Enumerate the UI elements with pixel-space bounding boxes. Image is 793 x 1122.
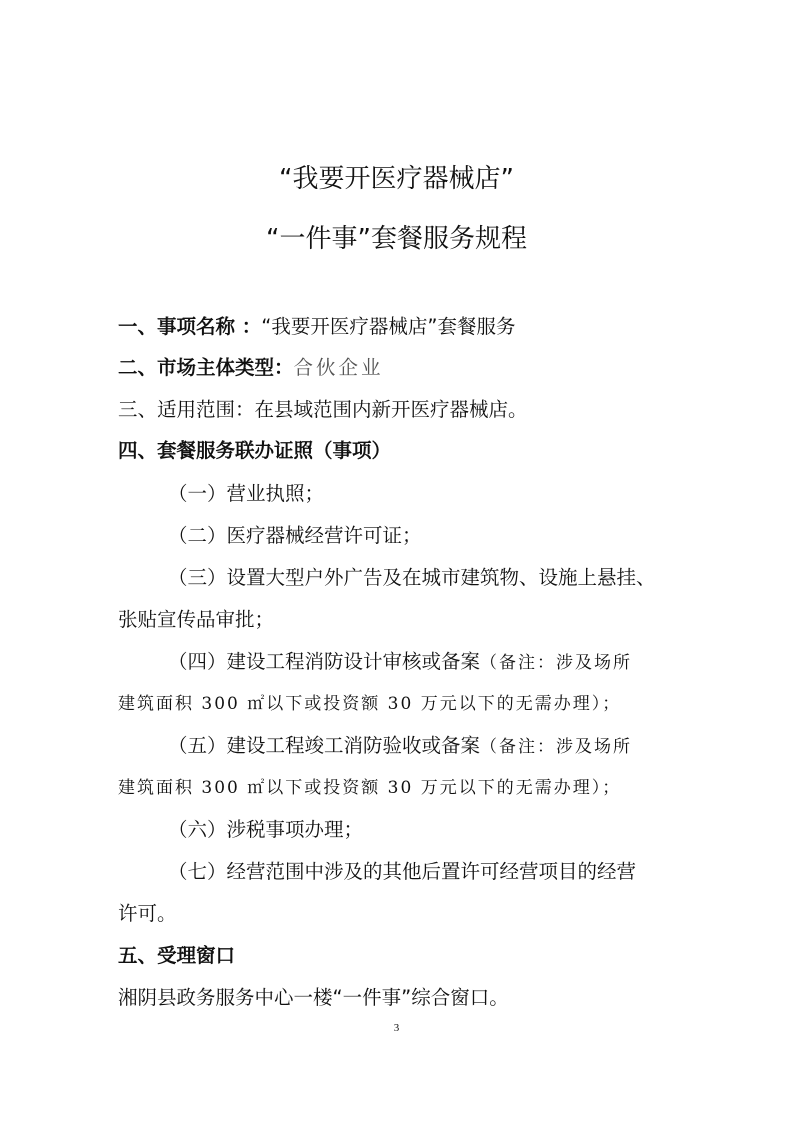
section-1: 一、事项名称 ：“我要开医疗器械店”套餐服务 [118,315,516,339]
section-3: 三、适用范围：在县域范围内新开医疗器械店。 [118,398,528,422]
item-4-continuation: 建筑面积 300 ㎡以下或投资额 30 万元以下的无需办理）； [118,692,621,716]
section-5-value: 湘阴县政务服务中心一楼“一件事”综合窗口。 [118,986,509,1010]
document-title-line-2: “一件事”套餐服务规程 [0,218,793,255]
item-5-note: （备注：涉及场所 [480,737,632,757]
section-3-label: 三、适用范围： [118,398,255,421]
item-5-continuation: 建筑面积 300 ㎡以下或投资额 30 万元以下的无需办理）； [118,776,621,800]
section-2-label: 二、市场主体类型： [118,356,294,379]
item-7-continuation: 许可。 [118,902,177,926]
section-1-label: 一、事项名称 ： [118,315,261,338]
section-4-heading: 四、套餐服务联办证照（事项） [118,439,391,463]
page-number: 3 [0,1022,793,1034]
section-2-value: 合伙企业 [294,356,384,379]
section-1-value: “我要开医疗器械店”套餐服务 [261,315,515,338]
item-4: （四）建设工程消防设计审核或备案（备注：涉及场所 [168,650,632,675]
item-4-note: （备注：涉及场所 [480,653,632,673]
section-3-value: 在县域范围内新开医疗器械店。 [255,398,528,421]
item-3-continuation: 张贴宣传品审批； [118,608,274,632]
item-3: （三）设置大型户外广告及在城市建筑物、设施上悬挂、 [168,566,656,590]
section-2: 二、市场主体类型：合伙企业 [118,356,384,380]
item-7: （七）经营范围中涉及的其他后置许可经营项目的经营 [168,860,636,884]
item-1: （一）营业执照； [168,482,324,506]
item-5: （五）建设工程竣工消防验收或备案（备注：涉及场所 [168,734,632,759]
item-6: （六）涉税事项办理； [168,818,363,842]
document-title-line-1: “我要开医疗器械店” [0,158,793,195]
item-4-text: （四）建设工程消防设计审核或备案 [168,650,480,673]
section-5-heading: 五、受理窗口 [118,944,235,968]
item-2: （二）医疗器械经营许可证； [168,524,422,548]
item-5-text: （五）建设工程竣工消防验收或备案 [168,734,480,757]
